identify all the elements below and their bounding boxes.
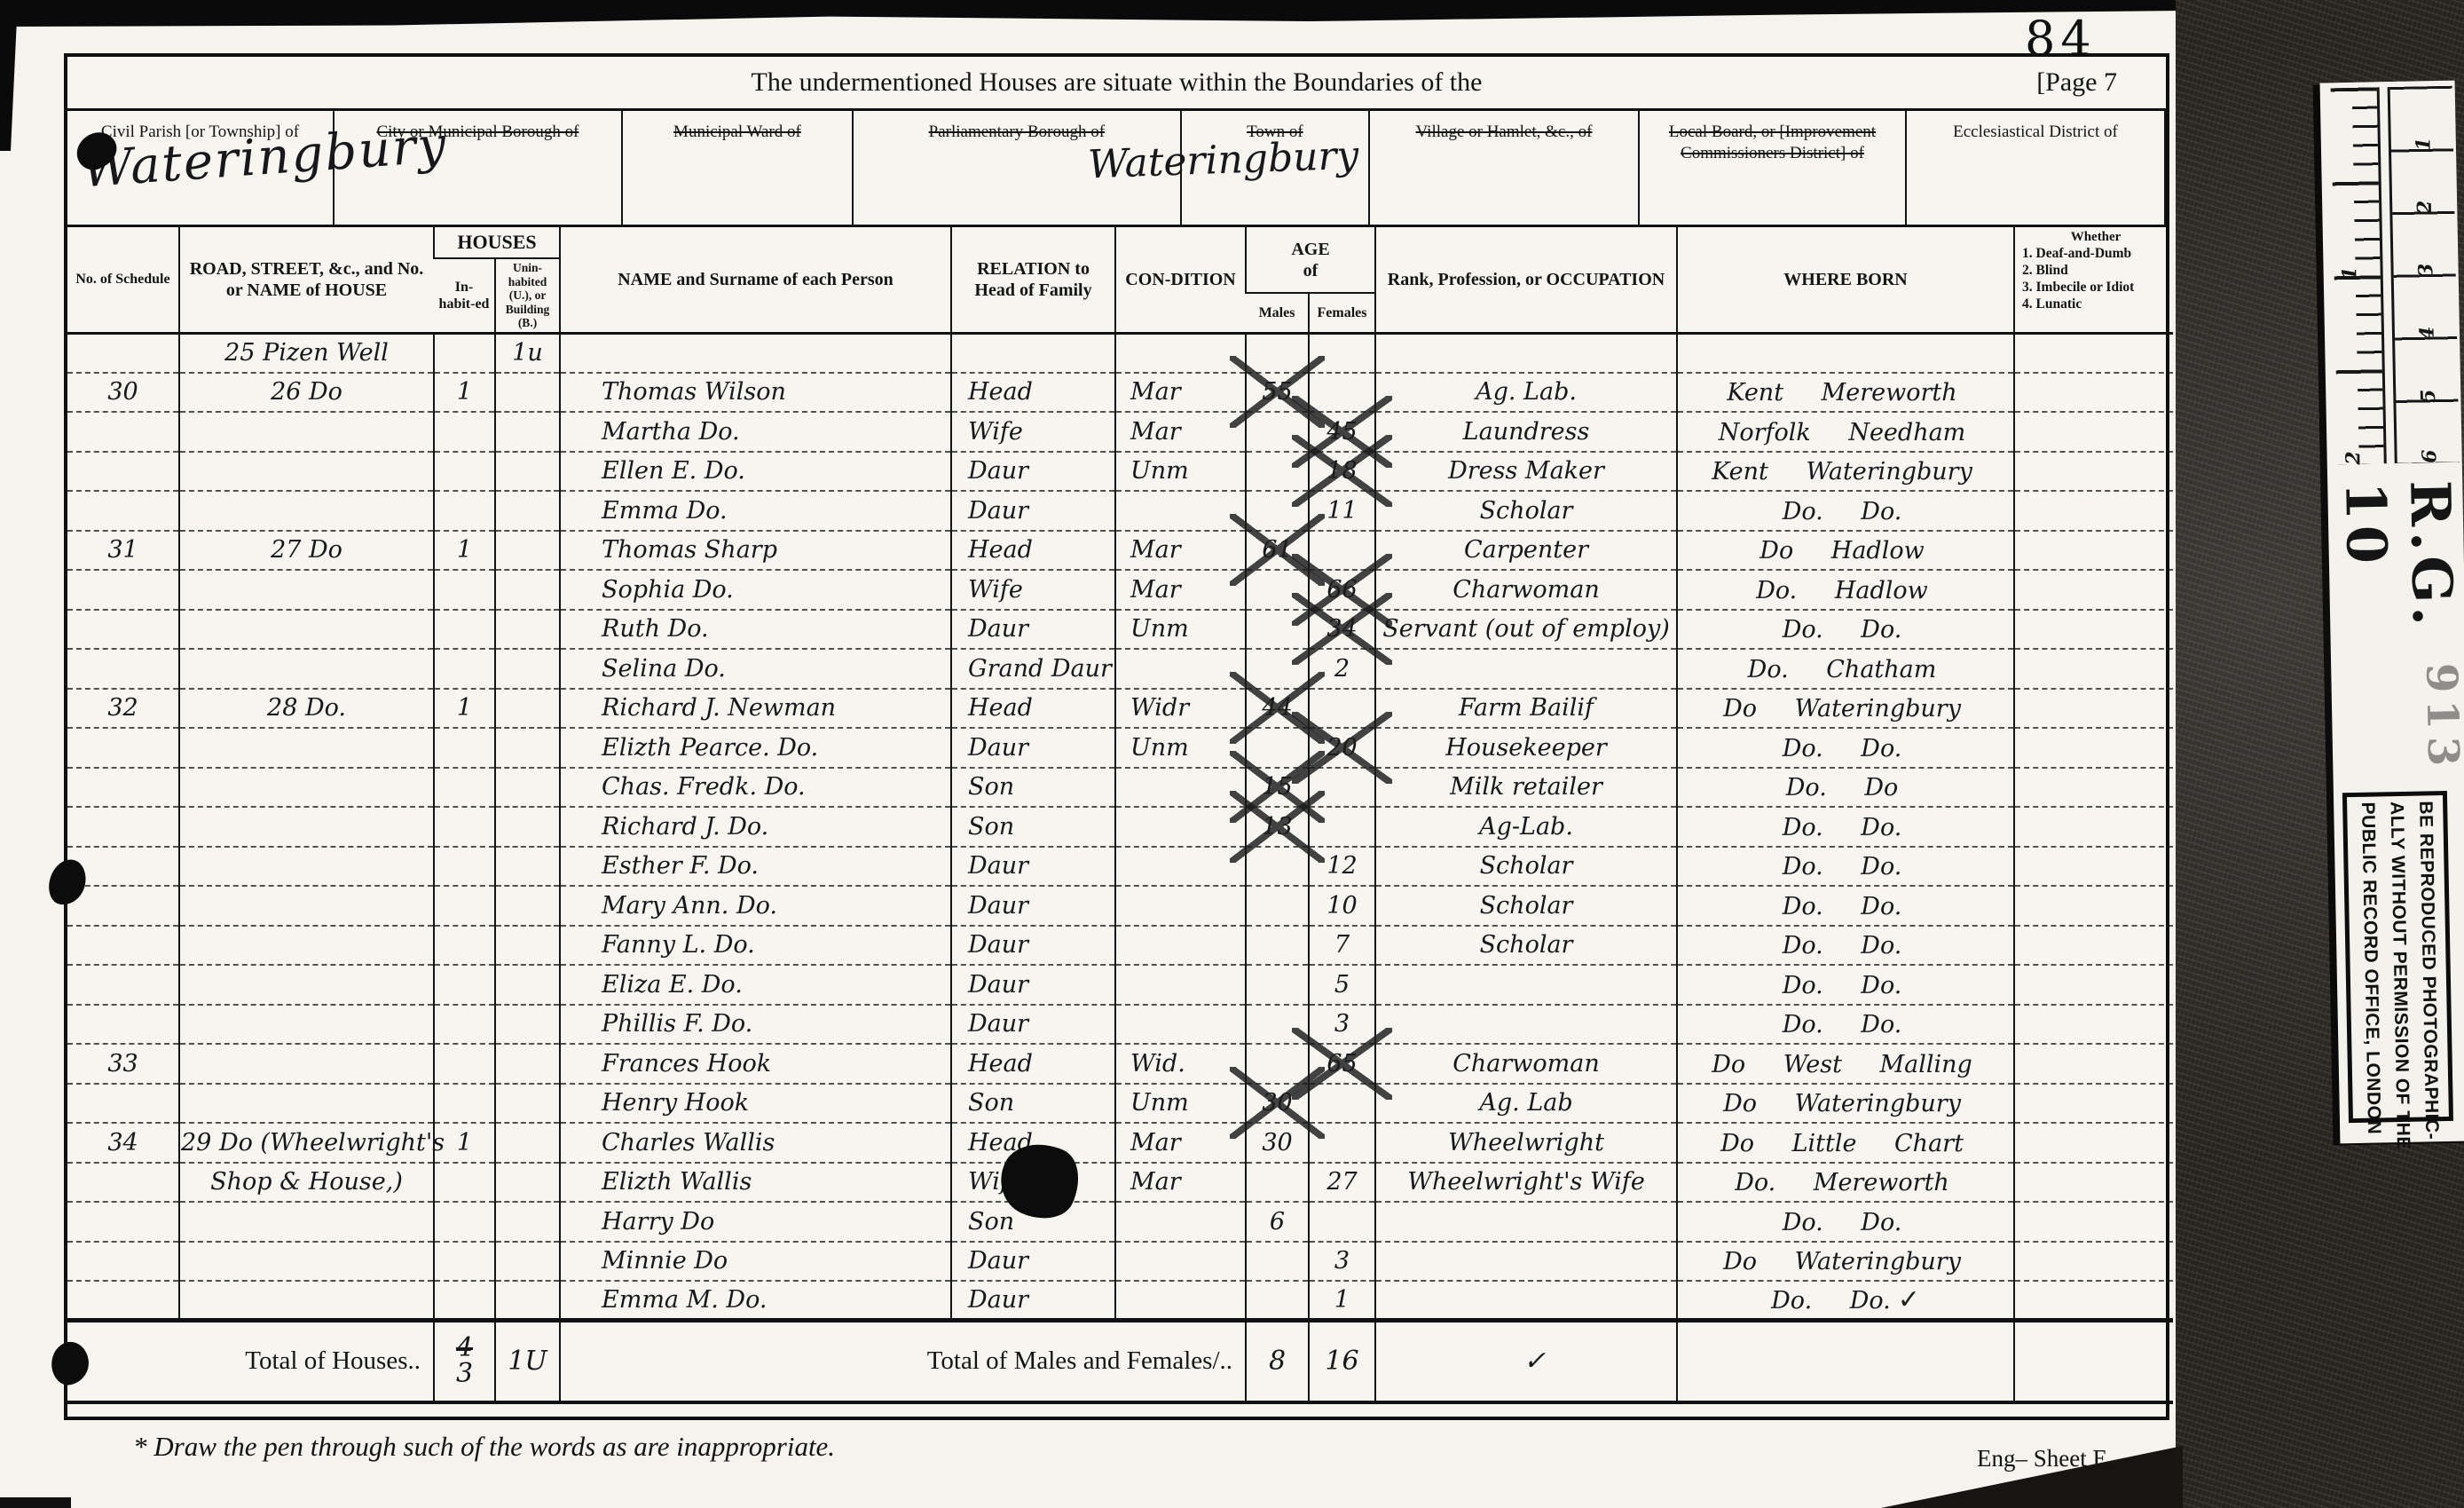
table-row: 34 29 Do (Wheelwright's 1 Charles Wallis…: [67, 1123, 2173, 1163]
cell-disability: [2014, 807, 2173, 847]
cell-houses-inhabited: [434, 886, 495, 926]
cell-condition: Unm: [1115, 452, 1246, 492]
cell-houses-inhabited: 1: [434, 1123, 495, 1163]
table-row: Ruth Do. Daur Unm 34 Servant (out of emp…: [67, 610, 2173, 650]
cell-occupation: [1375, 965, 1677, 1005]
cell-person-name: Elizth Pearce. Do.: [560, 728, 951, 768]
cell-occupation: [1375, 649, 1677, 689]
cell-occupation: Charwoman: [1375, 570, 1677, 610]
cell-houses-uninhabited: [495, 965, 560, 1005]
boundary-cell-municipal-ward: Municipal Ward of: [623, 111, 854, 225]
table-row: Esther F. Do. Daur 12 Scholar Do. Do.: [67, 847, 2173, 887]
cell-occupation: Farm Bailif: [1375, 689, 1677, 729]
cell-occupation: Scholar: [1375, 926, 1677, 966]
cell-relation: Daur: [951, 847, 1115, 887]
cell-person-name: Emma Do.: [560, 491, 951, 531]
totals-checkmark: ✓: [1375, 1321, 1677, 1402]
cell-houses-uninhabited: [495, 1202, 560, 1242]
cell-person-name: Selina Do.: [560, 649, 951, 689]
cell-occupation: Scholar: [1375, 491, 1677, 531]
col-header-road: ROAD, STREET, &c., and No. or NAME of HO…: [179, 227, 434, 333]
cell-houses-uninhabited: [495, 847, 560, 887]
cell-occupation: Milk retailer: [1375, 768, 1677, 808]
boundary-label: Municipal Ward of: [673, 122, 801, 141]
table-row: Shop & House,) Elizth Wallis Wife Mar 27…: [67, 1163, 2173, 1203]
cell-occupation: [1375, 1005, 1677, 1045]
cell-houses-uninhabited: [495, 491, 560, 531]
cell-houses-uninhabited: [495, 649, 560, 689]
cell-occupation: Wheelwright's Wife: [1375, 1163, 1677, 1203]
cell-condition: Unm: [1115, 1084, 1246, 1124]
cell-houses-uninhabited: [495, 1281, 560, 1321]
cell-schedule-number: 32: [67, 689, 179, 729]
cell-age-female: [1309, 807, 1375, 847]
cell-where-born: Do. Chatham: [1677, 649, 2014, 689]
copyright-line: PUBLIC RECORD OFFICE, LONDON: [2352, 801, 2387, 1113]
cell-road-name: 28 Do.: [179, 689, 434, 729]
cell-road-name: 29 Do (Wheelwright's: [179, 1123, 434, 1163]
cell-age-male: 44: [1246, 689, 1309, 729]
handwritten-town-name: Wateringbury: [1087, 133, 1359, 188]
cell-disability: [2014, 412, 2173, 452]
cell-condition: [1115, 491, 1246, 531]
table-row: Fanny L. Do. Daur 7 Scholar Do. Do.: [67, 926, 2173, 966]
totals-males-females-label: Total of Males and Females/..: [560, 1321, 1246, 1402]
cell-houses-inhabited: [434, 728, 495, 768]
cell-condition: [1115, 807, 1246, 847]
cell-road-name: Shop & House,): [179, 1163, 434, 1203]
cell-occupation: Dress Maker: [1375, 452, 1677, 492]
cell-where-born: Kent Wateringbury: [1677, 452, 2014, 492]
cell-age-male: [1246, 847, 1309, 887]
cell-occupation: Ag. Lab.: [1375, 373, 1677, 413]
cell-age-female: [1309, 531, 1375, 571]
cell-person-name: Thomas Wilson: [560, 373, 951, 413]
boundary-label: Village or Hamlet, &c., of: [1416, 122, 1593, 141]
cell-relation: Daur: [951, 491, 1115, 531]
cell-where-born: Do Wateringbury: [1677, 1084, 2014, 1124]
cell-houses-inhabited: [434, 649, 495, 689]
cell-age-male: [1246, 886, 1309, 926]
cell-where-born: Do. Do.: [1677, 965, 2014, 1005]
film-edge-top-left: [0, 0, 18, 151]
cell-houses-uninhabited: [495, 570, 560, 610]
film-edge-top: [0, 0, 2183, 27]
census-scan-page: 84 The undermentioned Houses are situate…: [0, 0, 2464, 1508]
cell-houses-uninhabited: 1u: [495, 333, 560, 373]
cell-relation: Daur: [951, 1281, 1115, 1321]
col-header-houses: HOUSES: [434, 227, 560, 258]
cell-where-born: Do. Mereworth: [1677, 1163, 2014, 1203]
cell-age-female: [1309, 1123, 1375, 1163]
cell-schedule-number: [67, 1242, 179, 1282]
cell-age-female: 27: [1309, 1163, 1375, 1203]
cell-age-female: 5: [1309, 965, 1375, 1005]
cell-where-born: Do. Do.: [1677, 886, 2014, 926]
cell-person-name: Emma M. Do.: [560, 1281, 951, 1321]
cell-houses-uninhabited: [495, 1242, 560, 1282]
cell-condition: Mar: [1115, 531, 1246, 571]
table-row: Henry Hook Son Unm 30 Ag. Lab Do Waterin…: [67, 1084, 2173, 1124]
cell-age-female: 34: [1309, 610, 1375, 650]
cell-road-name: [179, 412, 434, 452]
cell-where-born: Do. Hadlow: [1677, 570, 2014, 610]
ruler-cm-number: 1: [2412, 137, 2435, 151]
cell-houses-uninhabited: [495, 768, 560, 808]
cell-relation: Son: [951, 768, 1115, 808]
cell-houses-inhabited: [434, 1163, 495, 1203]
cell-road-name: [179, 610, 434, 650]
cell-age-female: 2: [1309, 649, 1375, 689]
table-row: Selina Do. Grand Daur 2 Do. Chatham: [67, 649, 2173, 689]
cell-disability: [2014, 768, 2173, 808]
boundary-label: Ecclesiastical District of: [1953, 122, 2118, 141]
cell-person-name: Fanny L. Do.: [560, 926, 951, 966]
cell-relation: Daur: [951, 728, 1115, 768]
cell-road-name: [179, 807, 434, 847]
cell-age-male: [1246, 965, 1309, 1005]
census-table: No. of Schedule ROAD, STREET, &c., and N…: [67, 227, 2173, 1404]
cell-relation: Daur: [951, 965, 1115, 1005]
cell-where-born: Norfolk Needham: [1677, 412, 2014, 452]
cell-road-name: [179, 1044, 434, 1084]
table-row: Minnie Do Daur 3 Do Wateringbury: [67, 1242, 2173, 1282]
cell-condition: [1115, 886, 1246, 926]
cell-occupation: Ag. Lab: [1375, 1084, 1677, 1124]
cell-condition: Mar: [1115, 570, 1246, 610]
cell-road-name: [179, 1202, 434, 1242]
document-title: The undermentioned Houses are situate wi…: [752, 67, 1483, 98]
cell-age-male: 13: [1246, 807, 1309, 847]
cell-occupation: Scholar: [1375, 886, 1677, 926]
cell-houses-uninhabited: [495, 1123, 560, 1163]
cell-condition: [1115, 768, 1246, 808]
table-row: Phillis F. Do. Daur 3 Do. Do.: [67, 1005, 2173, 1045]
cell-disability: [2014, 1005, 2173, 1045]
cell-houses-uninhabited: [495, 610, 560, 650]
census-document: The undermentioned Houses are situate wi…: [64, 53, 2169, 1420]
cell-age-female: 3: [1309, 1005, 1375, 1045]
cell-person-name: [560, 333, 951, 373]
cell-disability: [2014, 610, 2173, 650]
cell-age-male: 30: [1246, 1084, 1309, 1124]
cell-schedule-number: [67, 610, 179, 650]
cell-disability: [2014, 491, 2173, 531]
ruler-cm-number: 5: [2417, 389, 2440, 403]
cell-person-name: Ellen E. Do.: [560, 452, 951, 492]
cell-houses-uninhabited: [495, 452, 560, 492]
cell-road-name: [179, 491, 434, 531]
cell-schedule-number: [67, 926, 179, 966]
cell-occupation: Wheelwright: [1375, 1123, 1677, 1163]
cell-relation: Wife: [951, 412, 1115, 452]
cell-houses-inhabited: [434, 1044, 495, 1084]
table-row: Elizth Pearce. Do. Daur Unm 20 Housekeep…: [67, 728, 2173, 768]
cell-occupation: [1375, 1281, 1677, 1321]
cell-condition: [1115, 1005, 1246, 1045]
cell-houses-inhabited: [434, 452, 495, 492]
cell-where-born: Do. Do.: [1677, 807, 2014, 847]
cell-houses-uninhabited: [495, 807, 560, 847]
col-header-born: WHERE BORN: [1677, 227, 2014, 333]
cell-disability: [2014, 452, 2173, 492]
cell-age-female: [1309, 1084, 1375, 1124]
cell-schedule-number: [67, 965, 179, 1005]
footnote: * Draw the pen through such of the words…: [133, 1431, 835, 1463]
cell-person-name: Harry Do: [560, 1202, 951, 1242]
cell-schedule-number: [67, 886, 179, 926]
cell-occupation: Housekeeper: [1375, 728, 1677, 768]
cell-road-name: [179, 452, 434, 492]
archive-series: R.G. 10: [2327, 480, 2464, 653]
table-row: Chas. Fredk. Do. Son 15 Milk retailer Do…: [67, 768, 2173, 808]
cell-relation: Son: [951, 1084, 1115, 1124]
cell-relation: Grand Daur: [951, 649, 1115, 689]
cell-houses-inhabited: [434, 1084, 495, 1124]
cell-houses-uninhabited: [495, 926, 560, 966]
cell-relation: [951, 333, 1115, 373]
cell-road-name: [179, 649, 434, 689]
cell-age-male: 55: [1246, 373, 1309, 413]
cell-age-female: 65: [1309, 1044, 1375, 1084]
cell-age-male: [1246, 491, 1309, 531]
cell-schedule-number: [67, 728, 179, 768]
cell-relation: Daur: [951, 926, 1115, 966]
cell-person-name: Elizth Wallis: [560, 1163, 951, 1203]
table-row: 33 Frances Hook Head Wid. 65 Charwoman D…: [67, 1044, 2173, 1084]
cell-relation: Head: [951, 531, 1115, 571]
col-header-relation: RELATION to Head of Family: [951, 227, 1115, 333]
cell-relation: Head: [951, 1044, 1115, 1084]
cell-houses-uninhabited: [495, 1084, 560, 1124]
cell-occupation: Carpenter: [1375, 531, 1677, 571]
cell-occupation: [1375, 1242, 1677, 1282]
cell-condition: Mar: [1115, 1163, 1246, 1203]
cell-person-name: Phillis F. Do.: [560, 1005, 951, 1045]
boundary-cell-ecclesiastical: Ecclesiastical District of: [1907, 111, 2166, 225]
cell-disability: [2014, 1084, 2173, 1124]
cell-person-name: Richard J. Newman: [560, 689, 951, 729]
cell-houses-inhabited: [434, 333, 495, 373]
table-row: 32 28 Do. 1 Richard J. Newman Head Widr …: [67, 689, 2173, 729]
cell-schedule-number: 34: [67, 1123, 179, 1163]
cell-disability: [2014, 1281, 2173, 1321]
cell-age-male: [1246, 570, 1309, 610]
cell-age-male: [1246, 926, 1309, 966]
cell-schedule-number: [67, 1005, 179, 1045]
cell-condition: [1115, 649, 1246, 689]
film-mark-bottom-left: [0, 1497, 71, 1508]
checkmark: ✓: [1898, 1284, 1920, 1315]
cell-age-female: 1: [1309, 1281, 1375, 1321]
cell-houses-inhabited: [434, 1281, 495, 1321]
page-label: [Page 7: [2036, 67, 2117, 98]
cell-person-name: Mary Ann. Do.: [560, 886, 951, 926]
cell-where-born: Do. Do.: [1677, 610, 2014, 650]
cell-person-name: Chas. Fredk. Do.: [560, 768, 951, 808]
cell-relation: Daur: [951, 886, 1115, 926]
cell-age-female: 7: [1309, 926, 1375, 966]
cell-occupation: [1375, 1202, 1677, 1242]
cell-road-name: [179, 847, 434, 887]
cell-age-male: [1246, 728, 1309, 768]
ruler-cm-number: 4: [2415, 326, 2438, 340]
cell-condition: [1115, 1242, 1246, 1282]
document-title-row: The undermentioned Houses are situate wi…: [67, 57, 2166, 111]
cell-where-born: Do. Do.: [1677, 491, 2014, 531]
cell-age-female: 18: [1309, 452, 1375, 492]
table-row: 25 Pizen Well 1u: [67, 333, 2173, 373]
col-header-females: Females: [1309, 293, 1375, 333]
cell-age-male: [1246, 649, 1309, 689]
cell-person-name: Sophia Do.: [560, 570, 951, 610]
cell-schedule-number: [67, 333, 179, 373]
cell-occupation: Charwoman: [1375, 1044, 1677, 1084]
cell-condition: Unm: [1115, 610, 1246, 650]
copyright-stamp: BE REPRODUCED PHOTOGRAPHIC- ALLY WITHOUT…: [2342, 791, 2453, 1123]
cell-where-born: [1677, 333, 2014, 373]
cell-age-female: [1309, 333, 1375, 373]
table-row: 30 26 Do 1 Thomas Wilson Head Mar 55 Ag.…: [67, 373, 2173, 413]
cell-age-male: [1246, 412, 1309, 452]
totals-born-empty: [1677, 1321, 2014, 1402]
cell-age-male: [1246, 333, 1309, 373]
cell-road-name: [179, 965, 434, 1005]
cell-houses-inhabited: [434, 768, 495, 808]
cell-houses-inhabited: [434, 1202, 495, 1242]
cell-age-male: 30: [1246, 1123, 1309, 1163]
cell-road-name: [179, 728, 434, 768]
cell-schedule-number: [67, 452, 179, 492]
cell-person-name: Richard J. Do.: [560, 807, 951, 847]
cell-houses-inhabited: 1: [434, 531, 495, 571]
cell-road-name: [179, 768, 434, 808]
cell-relation: Son: [951, 807, 1115, 847]
cell-schedule-number: [67, 1202, 179, 1242]
table-row: Emma Do. Daur 11 Scholar Do. Do.: [67, 491, 2173, 531]
cell-age-male: [1246, 1163, 1309, 1203]
cell-age-male: 6: [1246, 1202, 1309, 1242]
table-row: Mary Ann. Do. Daur 10 Scholar Do. Do.: [67, 886, 2173, 926]
cell-condition: Widr: [1115, 689, 1246, 729]
cell-condition: [1115, 1202, 1246, 1242]
cell-houses-inhabited: [434, 570, 495, 610]
ruler: 1 2 1 2 3 4 5 6: [2324, 86, 2459, 470]
table-row: Eliza E. Do. Daur 5 Do. Do.: [67, 965, 2173, 1005]
cell-schedule-number: 30: [67, 373, 179, 413]
table-row: Emma M. Do. Daur 1 Do. Do.✓: [67, 1281, 2173, 1321]
cell-disability: [2014, 531, 2173, 571]
cell-road-name: [179, 1242, 434, 1282]
cell-occupation: Scholar: [1375, 847, 1677, 887]
cell-relation: Head: [951, 689, 1115, 729]
cell-age-female: 20: [1309, 728, 1375, 768]
cell-relation: Daur: [951, 1242, 1115, 1282]
col-header-name: NAME and Surname of each Person: [560, 227, 951, 333]
cell-houses-uninhabited: [495, 689, 560, 729]
cell-where-born: Do. Do.: [1677, 728, 2014, 768]
cell-disability: [2014, 965, 2173, 1005]
cell-disability: [2014, 1202, 2173, 1242]
cell-age-male: 61: [1246, 531, 1309, 571]
cell-disability: [2014, 847, 2173, 887]
cell-person-name: Charles Wallis: [560, 1123, 951, 1163]
cell-schedule-number: [67, 768, 179, 808]
cell-schedule-number: 31: [67, 531, 179, 571]
archive-reference: R.G. 10 913: [2327, 480, 2464, 776]
cell-houses-inhabited: 1: [434, 689, 495, 729]
cell-houses-uninhabited: [495, 886, 560, 926]
cell-where-born: Do Wateringbury: [1677, 1242, 2014, 1282]
cell-disability: [2014, 1163, 2173, 1203]
boundary-cell-local-board: Local Board, or [Improvement Commissione…: [1640, 111, 1907, 225]
cell-houses-inhabited: [434, 807, 495, 847]
col-header-uninhabited: Unin-habited (U.), or Building (B.): [495, 258, 560, 333]
cell-road-name: [179, 926, 434, 966]
table-row: 31 27 Do 1 Thomas Sharp Head Mar 61 Carp…: [67, 531, 2173, 571]
cell-schedule-number: [67, 1163, 179, 1203]
cell-condition: [1115, 1281, 1246, 1321]
cell-schedule-number: [67, 807, 179, 847]
cell-houses-inhabited: [434, 1242, 495, 1282]
cell-houses-inhabited: [434, 412, 495, 452]
archive-piece-number: 913: [2331, 662, 2464, 775]
ruler-inch-number: 1: [2338, 266, 2361, 280]
cell-houses-inhabited: [434, 847, 495, 887]
cell-where-born: Do Wateringbury: [1677, 689, 2014, 729]
totals-houses-label: Total of Houses..: [67, 1321, 434, 1402]
totals-males: 8: [1246, 1321, 1309, 1402]
ruler-inch-number: 2: [2342, 451, 2365, 465]
cell-road-name: 26 Do: [179, 373, 434, 413]
boundary-label: Parliamentary Borough of: [929, 122, 1105, 141]
cell-road-name: [179, 1084, 434, 1124]
cell-occupation: Laundress: [1375, 412, 1677, 452]
ruler-cm-number: 3: [2414, 263, 2437, 277]
column-header-band: No. of Schedule ROAD, STREET, &c., and N…: [67, 227, 2173, 333]
boundary-label: Local Board, or [Improvement Commissione…: [1669, 122, 1876, 162]
cell-condition: Wid.: [1115, 1044, 1246, 1084]
col-header-disability: Whether 1. Deaf-and-Dumb 2. Blind 3. Imb…: [2014, 227, 2173, 333]
cell-relation: Wife: [951, 570, 1115, 610]
cell-schedule-number: [67, 649, 179, 689]
col-header-inhabited: In-habit-ed: [434, 258, 495, 333]
cell-houses-inhabited: 1: [434, 373, 495, 413]
cell-age-female: 3: [1309, 1242, 1375, 1282]
cell-disability: [2014, 1242, 2173, 1282]
cell-road-name: 27 Do: [179, 531, 434, 571]
cell-schedule-number: [67, 1084, 179, 1124]
cell-relation: Head: [951, 373, 1115, 413]
table-row: Sophia Do. Wife Mar 66 Charwoman Do. Had…: [67, 570, 2173, 610]
ruler-cm-number: 6: [2418, 449, 2441, 463]
table-row: Harry Do Son 6 Do. Do.: [67, 1202, 2173, 1242]
cell-where-born: Do. Do.: [1677, 847, 2014, 887]
cell-age-female: 12: [1309, 847, 1375, 887]
cell-age-male: [1246, 1044, 1309, 1084]
col-header-occupation: Rank, Profession, or OCCUPATION: [1375, 227, 1677, 333]
cell-condition: Unm: [1115, 728, 1246, 768]
cell-houses-uninhabited: [495, 1163, 560, 1203]
cell-condition: [1115, 333, 1246, 373]
cell-disability: [2014, 570, 2173, 610]
cell-schedule-number: 33: [67, 1044, 179, 1084]
cell-where-born: Do. Do: [1677, 768, 2014, 808]
cell-houses-inhabited: [434, 1005, 495, 1045]
cell-schedule-number: [67, 491, 179, 531]
cell-condition: [1115, 847, 1246, 887]
table-row: Richard J. Do. Son 13 Ag-Lab. Do. Do.: [67, 807, 2173, 847]
